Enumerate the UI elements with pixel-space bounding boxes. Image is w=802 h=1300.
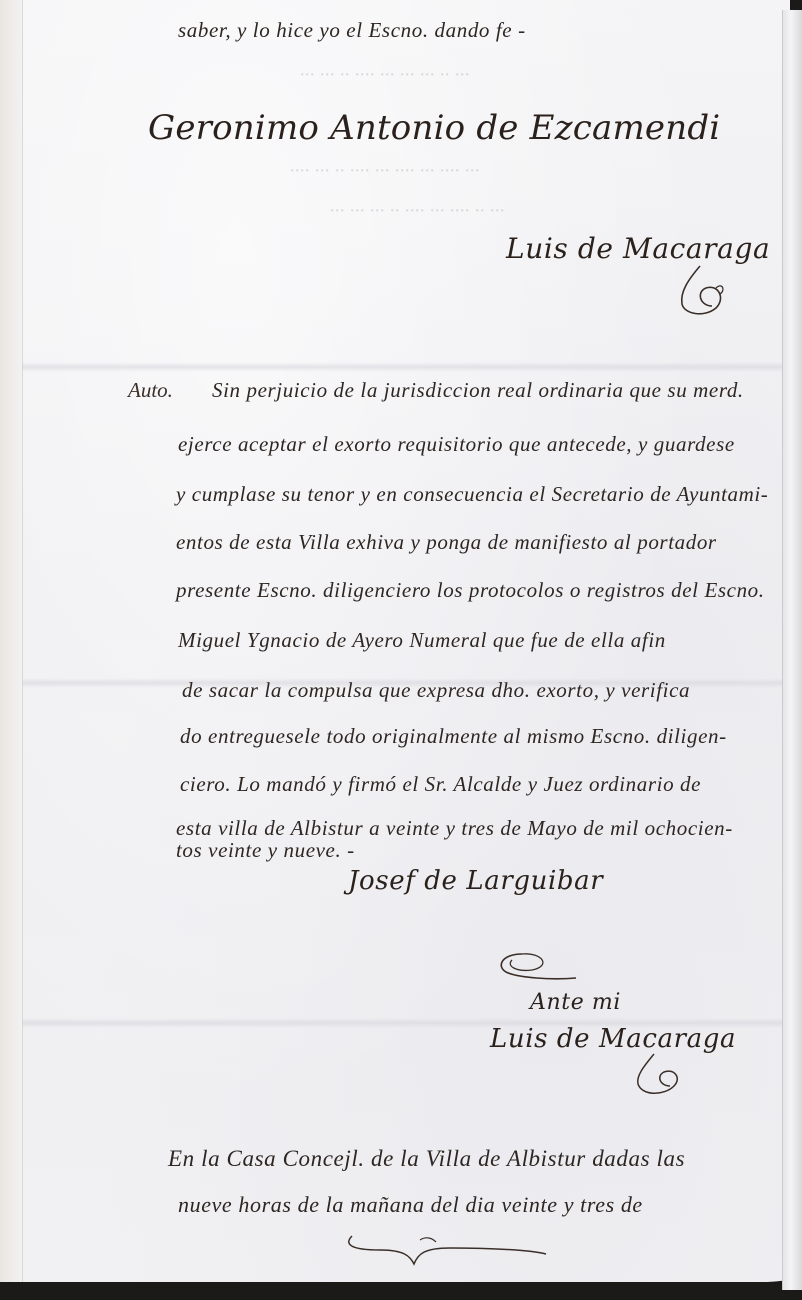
rubric-flourish-icon: [660, 262, 740, 322]
bleed-through-text: ··· ·· ···· ··· ···· ·· ··· ··· ···: [330, 200, 505, 223]
bleed-through-text: ··· ···· ··· ···· ··· ···· ·· ··· ····: [290, 160, 480, 183]
page-binding-edge: [0, 0, 23, 1282]
closing-line: nueve horas de la mañana del dia veinte …: [178, 1192, 643, 1218]
auto-line: ejerce aceptar el exorto requisitorio qu…: [178, 432, 735, 457]
manuscript-page: ··· ·· ··· ··· ··· ···· ·· ··· ··· ··· ·…: [0, 0, 790, 1282]
auto-line: y cumplase su tenor y en consecuencia el…: [176, 482, 768, 507]
rubric-flourish-icon: [620, 1050, 700, 1100]
next-page-edge: [782, 10, 802, 1290]
signature-ezcamendi: Geronimo Antonio de Ezcamendi: [148, 108, 720, 148]
page-crease: [22, 362, 782, 372]
auto-line: entos de esta Villa exhiva y ponga de ma…: [176, 530, 717, 555]
bleed-through-text: ··· ·· ··· ··· ··· ···· ·· ··· ···: [300, 64, 470, 87]
flourish-icon: [492, 948, 582, 988]
closing-line: En la Casa Concejl. de la Villa de Albis…: [168, 1146, 685, 1172]
scanned-document: ··· ·· ··· ··· ··· ···· ·· ··· ··· ··· ·…: [0, 0, 802, 1300]
signature-macaraga-top: Luis de Macaraga: [506, 232, 770, 265]
auto-margin-label: Auto.: [128, 378, 173, 403]
header-line: saber, y lo hice yo el Escno. dando fe -: [178, 18, 526, 43]
signature-larguibar: Josef de Larguibar: [348, 866, 603, 896]
end-flourish-icon: [340, 1230, 560, 1270]
auto-line: Sin perjuicio de la jurisdiccion real or…: [212, 378, 744, 403]
auto-line: do entreguesele todo originalmente al mi…: [180, 724, 727, 749]
auto-line: ciero. Lo mandó y firmó el Sr. Alcalde y…: [180, 772, 701, 797]
auto-line: presente Escno. diligenciero los protoco…: [176, 578, 765, 603]
auto-line: de sacar la compulsa que expresa dho. ex…: [182, 678, 690, 703]
auto-line: tos veinte y nueve. -: [176, 838, 355, 863]
ante-mi-label: Ante mi: [530, 990, 621, 1015]
signature-macaraga-bottom: Luis de Macaraga: [490, 1024, 736, 1054]
auto-line: Miguel Ygnacio de Ayero Numeral que fue …: [178, 628, 666, 653]
